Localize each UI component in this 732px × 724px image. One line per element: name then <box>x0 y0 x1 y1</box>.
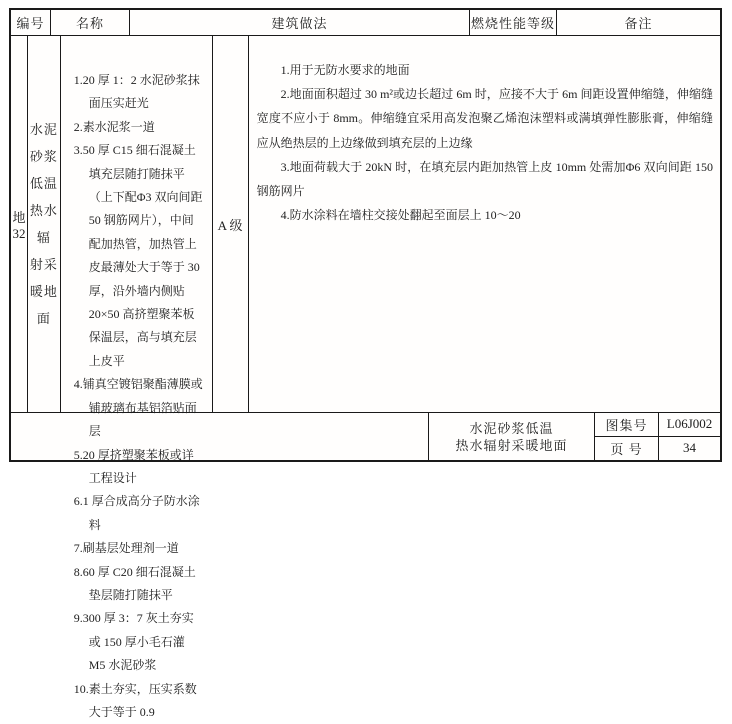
page-number-label: 页 号 <box>595 437 659 461</box>
remark-item: 2.地面面积超过 30 m²或边长超过 6m 时，应接不大于 6m 间距设置伸缩… <box>257 82 713 155</box>
practice-step: 7.刷基层处理剂一道 <box>74 537 204 560</box>
row-id-cell: 地 32 <box>11 36 28 412</box>
row-name-cell: 水泥砂浆 低温热水辐 射采暖地面 <box>28 36 61 412</box>
remarks-cell: 1.用于无防水要求的地面 2.地面面积超过 30 m²或边长超过 6m 时，应接… <box>249 36 720 412</box>
header-name: 名称 <box>51 10 130 35</box>
header-id: 编号 <box>11 10 51 35</box>
practice-step: 2.素水泥浆一道 <box>74 116 204 139</box>
practice-step: 9.300 厚 3：7 灰土夯实或 150 厚小毛石灌 M5 水泥砂浆 <box>74 607 204 677</box>
row-name-line: 水泥砂浆 <box>28 116 60 170</box>
footer-empty-cell <box>11 413 429 460</box>
sheet-title-cell: 水泥砂浆低温 热水辐射采暖地面 <box>429 413 595 460</box>
table-header-row: 编号 名称 建筑做法 燃烧性能等级 备注 <box>11 10 720 36</box>
table-row: 地 32 水泥砂浆 低温热水辐 射采暖地面 1.20 厚 1：2 水泥砂浆抹面压… <box>11 36 720 413</box>
atlas-page-block: 图集号 L06J002 页 号 34 <box>595 413 720 460</box>
row-name-line: 低温热水辐 <box>28 170 60 251</box>
practice-step: 6.1 厚合成高分子防水涂料 <box>74 490 204 537</box>
title-block: 水泥砂浆低温 热水辐射采暖地面 图集号 L06J002 页 号 34 <box>11 413 720 460</box>
practice-step: 3.50 厚 C15 细石混凝土填充层随打随抹平（上下配Φ3 双向间距 50 钢… <box>74 139 204 373</box>
sheet-title-line: 水泥砂浆低温 <box>469 420 553 437</box>
atlas-number-label: 图集号 <box>595 413 659 437</box>
practice-step: 10.素土夯实，压实系数大于等于 0.9 <box>74 678 204 724</box>
header-practice: 建筑做法 <box>130 10 470 35</box>
practice-step: 8.60 厚 C20 细石混凝土垫层随打随抹平 <box>74 561 204 608</box>
page-number-value: 34 <box>659 437 720 461</box>
row-id: 地 32 <box>11 207 27 242</box>
sheet-title-line: 热水辐射采暖地面 <box>455 437 567 454</box>
construction-method-cell: 1.20 厚 1：2 水泥砂浆抹面压实赶光 2.素水泥浆一道 3.50 厚 C1… <box>61 36 213 412</box>
practice-step: 1.20 厚 1：2 水泥砂浆抹面压实赶光 <box>74 69 204 116</box>
header-remarks: 备注 <box>557 10 720 35</box>
spec-table: 编号 名称 建筑做法 燃烧性能等级 备注 地 32 水泥砂浆 低温热水辐 射采暖… <box>9 8 722 462</box>
header-fire-rating: 燃烧性能等级 <box>470 10 557 35</box>
atlas-number-value: L06J002 <box>659 413 720 437</box>
row-name-line: 射采暖地面 <box>28 251 60 332</box>
remark-item: 1.用于无防水要求的地面 <box>257 58 713 82</box>
fire-rating-cell: A 级 <box>213 36 249 412</box>
remark-item: 3.地面荷载大于 20kN 时，在填充层内距加热管上皮 10mm 处需加Φ6 双… <box>257 155 713 203</box>
remark-item: 4.防水涂料在墙柱交接处翻起至面层上 10～20 <box>257 203 713 227</box>
fire-rating-value: A 级 <box>218 215 243 234</box>
